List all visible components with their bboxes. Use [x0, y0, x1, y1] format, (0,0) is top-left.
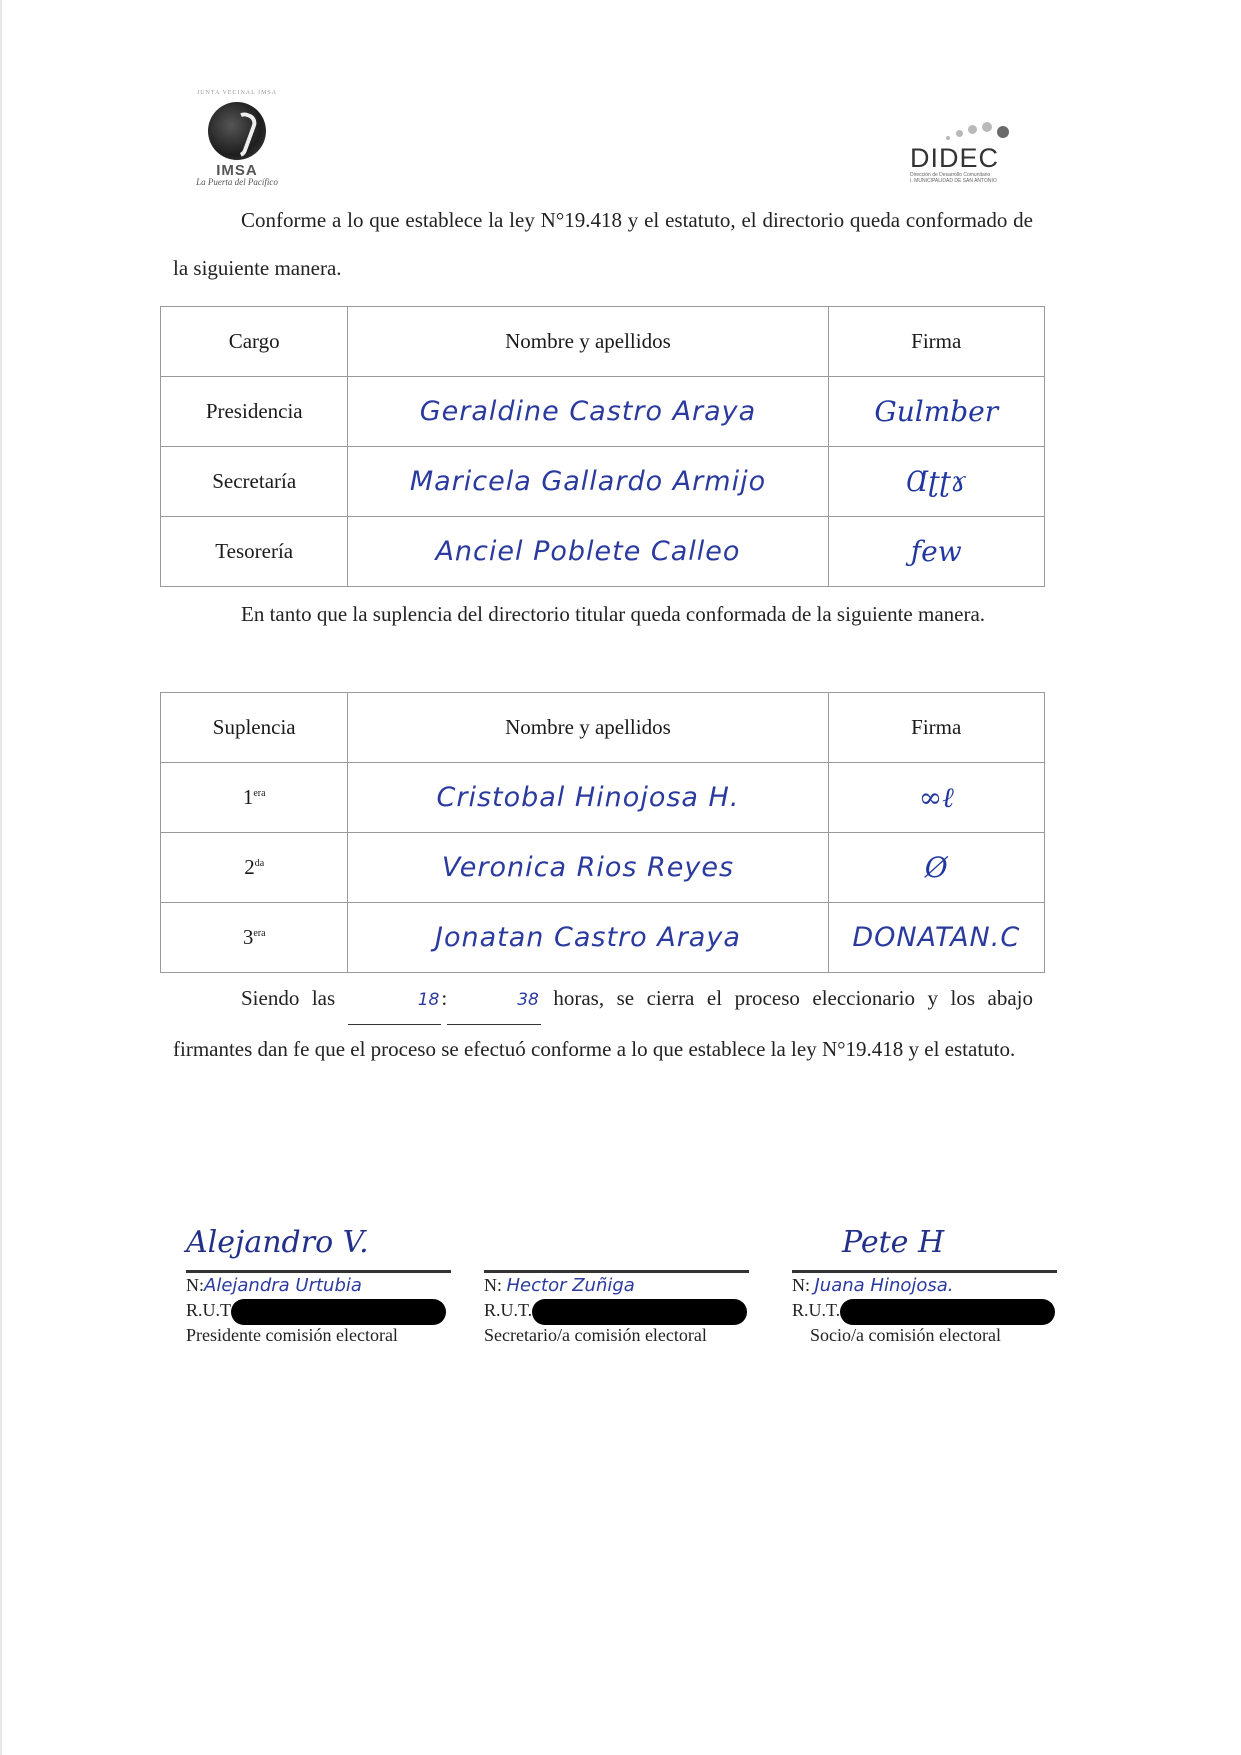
signer-secretario: N: Hector Zuñiga R.U.T. Secretario/a com… [484, 1225, 749, 1346]
scan-edge [0, 0, 2, 1755]
suplencia-table: Suplencia Nombre y apellidos Firma 1era … [160, 692, 1045, 973]
signer-presidente: Alejandro V. N:Alejandra Urtubia R.U.T P… [186, 1225, 451, 1346]
redacted-rut [532, 1299, 747, 1325]
didec-logo: DIDEC Dirección de Desarrollo Comunitari… [910, 118, 1050, 184]
signature-mark: Ɑʈʈɤ [906, 465, 966, 498]
header-nombre: Nombre y apellidos [348, 307, 828, 377]
didec-logo-name: DIDEC [910, 144, 1050, 172]
table-row: 3era Jonatan Castro Araya DONATAN.C [161, 903, 1045, 973]
imsa-logo: JUNTA VECINAL IMSA IMSA La Puerta del Pa… [182, 88, 292, 187]
closing-hour: 18 [348, 976, 442, 1025]
signer-role: Socio/a comisión electoral [792, 1325, 1057, 1346]
didec-dots-icon [910, 118, 1050, 144]
signer-socio: Pete H N: Juana Hinojosa. R.U.T. Socio/a… [792, 1225, 1057, 1346]
didec-subtitle-2: I. MUNICIPALIDAD DE SAN ANTONIO [910, 178, 1050, 184]
cargo-cell: Presidencia [161, 377, 348, 447]
table-row: Secretaría Maricela Gallardo Armijo Ɑʈʈɤ [161, 447, 1045, 517]
signature-mark: Ø [925, 851, 948, 884]
signature-mark: DONATAN.C [852, 922, 1020, 953]
handwritten-name: Maricela Gallardo Armijo [410, 466, 766, 497]
suplencia-number: 3era [161, 903, 348, 973]
table-row: 2da Veronica Rios Reyes Ø [161, 833, 1045, 903]
table-row: Tesorería Anciel Poblete Calleo ƒew [161, 517, 1045, 587]
signature-mark: Alejandro V. [186, 1225, 451, 1270]
suplencia-number: 2da [161, 833, 348, 903]
header-suplencia: Suplencia [161, 693, 348, 763]
signature-mark: Pete H [792, 1225, 1057, 1270]
imsa-logo-tagline: La Puerta del Pacífico [182, 177, 292, 187]
signer-role: Presidente comisión electoral [186, 1325, 451, 1346]
didec-wordmark: DIDEC [910, 143, 999, 173]
closing-minute: 38 [447, 976, 541, 1025]
closing-paragraph: Siendo las 18:38 horas, se cierra el pro… [173, 974, 1033, 1073]
table-header-row: Suplencia Nombre y apellidos Firma [161, 693, 1045, 763]
signer-name: Juana Hinojosa. [815, 1275, 954, 1296]
handwritten-name: Veronica Rios Reyes [442, 852, 734, 883]
table-row: Presidencia Geraldine Castro Araya Gulmb… [161, 377, 1045, 447]
signature-mark: ∞ℓ [919, 781, 954, 814]
signer-name: Hector Zuñiga [507, 1275, 635, 1296]
directorio-table: Cargo Nombre y apellidos Firma Presidenc… [160, 306, 1045, 587]
signature-mark [484, 1225, 749, 1270]
closing-prefix: Siendo las [241, 986, 335, 1010]
handwritten-name: Jonatan Castro Araya [435, 922, 741, 953]
table-header-row: Cargo Nombre y apellidos Firma [161, 307, 1045, 377]
redacted-rut [840, 1299, 1055, 1325]
handwritten-name: Cristobal Hinojosa H. [436, 782, 739, 813]
header-nombre: Nombre y apellidos [348, 693, 828, 763]
signer-role: Secretario/a comisión electoral [484, 1325, 749, 1346]
imsa-emblem-icon [208, 102, 266, 160]
signature-mark: Gulmber [874, 395, 998, 428]
intro-paragraph: Conforme a lo que establece la ley N°19.… [173, 196, 1033, 292]
header-firma: Firma [828, 693, 1045, 763]
signer-name: Alejandra Urtubia [204, 1275, 362, 1296]
header-firma: Firma [828, 307, 1045, 377]
redacted-rut [231, 1299, 446, 1325]
suplencia-paragraph: En tanto que la suplencia del directorio… [173, 590, 1033, 638]
handwritten-name: Geraldine Castro Araya [420, 396, 757, 427]
signature-mark: ƒew [911, 535, 962, 568]
handwritten-name: Anciel Poblete Calleo [435, 536, 740, 567]
cargo-cell: Secretaría [161, 447, 348, 517]
cargo-cell: Tesorería [161, 517, 348, 587]
suplencia-number: 1era [161, 763, 348, 833]
table-row: 1era Cristobal Hinojosa H. ∞ℓ [161, 763, 1045, 833]
header-cargo: Cargo [161, 307, 348, 377]
